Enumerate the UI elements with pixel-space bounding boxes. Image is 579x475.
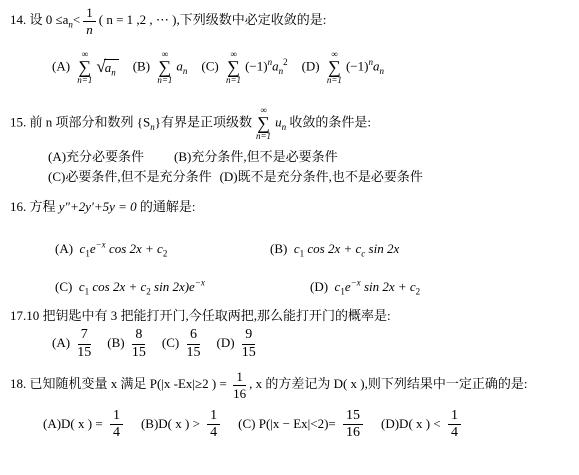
summation-symbol: ∞∑n=1 [77, 50, 92, 85]
q17-option-c: (C) 615 [162, 328, 205, 360]
fraction-denominator: n [86, 22, 93, 37]
q15-option-c: (C)必要条件,但不是充分条件 [48, 169, 212, 185]
q15-options-row-2: (C)必要条件,但不是充分条件 (D)既不是充分条件,也不是必要条件 [48, 169, 575, 185]
option-label: (B) [270, 241, 294, 256]
q14-option-b: (B) ∞∑n=1an [133, 50, 188, 85]
term-a-subscript: n [279, 66, 284, 76]
fraction-denominator: 15 [186, 345, 200, 361]
fraction-denominator: 15 [242, 345, 256, 361]
term-a-subscript: n [111, 68, 116, 78]
expression: sin 2x)e [151, 279, 195, 294]
sigma-symbol: ∑ [158, 59, 171, 76]
option-label: (D) [216, 335, 237, 350]
fraction-numerator: 1 [83, 6, 96, 22]
q15-number: 15. [10, 115, 26, 130]
q14-option-c: (C) ∞∑n=1(−1)nan2 [201, 50, 287, 85]
question-16: 16. 方程 y″+2y′+5y = 0 的通解是: (A) c1e−x cos… [10, 199, 575, 296]
q15-stem: 15. 前 n 项部分和数列 {Sn}有界是正项级数∞∑n=1un 收敛的条件是… [10, 106, 575, 141]
q16-option-b: (B) c1 cos 2x + cc sin 2x [270, 241, 399, 257]
q16-option-c: (C) c1 cos 2x + c2 sin 2x)e−x [55, 279, 310, 295]
expression: cos 2x + c [106, 241, 163, 256]
q18-stem: 18. 已知随机变量 x 满足 P(|x -Ex|≥2 ) = 116, x 的… [10, 370, 575, 400]
option-label: (C) P(|x − Ex|<2)= [238, 416, 339, 431]
q18-text-post: , x 的方差记为 D( x ),则下列结果中一定正确的是: [249, 376, 527, 391]
fraction-7-over-15: 715 [77, 328, 91, 360]
coef-subscript: 2 [163, 249, 168, 259]
fraction-numerator: 6 [187, 328, 200, 345]
sum-lower-limit: n=1 [327, 76, 342, 85]
q17-stem: 17.10 把钥匙中有 3 把能打开门,今任取两把,那么能打开门的概率是: [10, 308, 575, 324]
exp-power: −x [195, 278, 205, 288]
q14-less-than: < [73, 12, 80, 27]
q16-option-d: (D) c1e−x sin 2x + c2 [310, 279, 420, 295]
question-14: 14. 设 0 ≤an<1n( n = 1 ,2 , ⋯ ),下列级数中必定收敛… [10, 6, 575, 90]
exam-document-page: 14. 设 0 ≤an<1n( n = 1 ,2 , ⋯ ),下列级数中必定收敛… [0, 0, 579, 475]
q14-option-d: (D) ∞∑n=1(−1)nan [302, 50, 384, 85]
fraction-1-over-4: 14 [448, 409, 461, 441]
question-17: 17.10 把钥匙中有 3 把能打开门,今任取两把,那么能打开门的概率是: (A… [10, 308, 575, 361]
q16-text-pre: 方程 [26, 199, 59, 214]
option-label: (C) [201, 58, 222, 73]
alternating-factor: (−1) [346, 58, 369, 73]
option-label: (B) [133, 58, 154, 73]
fraction-1-over-4: 14 [110, 409, 123, 441]
q16-number: 16. [10, 199, 26, 214]
q18-option-b: (B)D( x ) > 14 [141, 409, 224, 441]
q16-options-row-2: (C) c1 cos 2x + c2 sin 2x)e−x (D) c1e−x … [55, 279, 575, 295]
sigma-symbol: ∑ [227, 59, 240, 76]
fraction-15-over-16: 1516 [343, 409, 363, 441]
q17-options-row: (A) 715 (B) 815 (C) 615 (D) 915 [52, 328, 575, 360]
option-label: (A) [52, 58, 73, 73]
q17-option-d: (D) 915 [216, 328, 259, 360]
summation-symbol: ∞∑n=1 [157, 50, 172, 85]
fraction-denominator: 15 [132, 345, 146, 361]
fraction-numerator: 15 [343, 409, 363, 426]
q17-option-b: (B) 815 [107, 328, 150, 360]
q14-text-post: ( n = 1 ,2 , ⋯ ),下列级数中必定收敛的是: [99, 12, 327, 27]
square-root: √an [96, 58, 118, 76]
q16-option-a: (A) c1e−x cos 2x + c2 [55, 241, 270, 257]
fraction-denominator: 15 [77, 345, 91, 361]
fraction-8-over-15: 815 [132, 328, 146, 360]
q17-text: 10 把钥匙中有 3 把能打开门,今任取两把,那么能打开门的概率是: [26, 308, 390, 323]
q14-option-a: (A) ∞∑n=1√an [52, 50, 119, 85]
exp-power: −x [351, 278, 361, 288]
fraction-denominator: 4 [451, 425, 458, 441]
fraction-numerator: 1 [233, 370, 246, 386]
sigma-symbol: ∑ [328, 59, 341, 76]
fraction-6-over-15: 615 [186, 328, 200, 360]
expression: cos 2x + c [304, 241, 361, 256]
fraction-denominator: 16 [346, 425, 360, 441]
option-label: (D) [302, 58, 323, 73]
q18-option-a: (A)D( x ) = 14 [43, 409, 127, 441]
fraction-numerator: 9 [242, 328, 255, 345]
q18-options-row: (A)D( x ) = 14 (B)D( x ) > 14 (C) P(|x −… [43, 409, 575, 441]
option-label: (D)D( x ) < [381, 416, 444, 431]
term-a-subscript: n [183, 66, 188, 76]
option-label: (A) [52, 335, 73, 350]
option-label: (A) [55, 241, 80, 256]
fraction-1-over-16: 116 [233, 370, 246, 400]
fraction-denominator: 4 [210, 425, 217, 441]
differential-equation: y″+2y′+5y = 0 [59, 199, 137, 214]
sum-lower-limit: n=1 [256, 132, 271, 141]
fraction-9-over-15: 915 [242, 328, 256, 360]
q14-text-pre: 设 0 ≤a [26, 12, 68, 27]
fraction-denominator: 4 [113, 425, 120, 441]
alternating-factor: (−1) [245, 58, 268, 73]
sqrt-radicand: an [104, 59, 119, 76]
q17-option-a: (A) 715 [52, 328, 95, 360]
fraction-denominator: 16 [233, 386, 246, 401]
q14-options-row: (A) ∞∑n=1√an (B) ∞∑n=1an (C) ∞∑n=1(−1)na… [52, 44, 575, 90]
option-label: (C) [162, 335, 183, 350]
summation-symbol: ∞∑n=1 [226, 50, 241, 85]
option-label: (C) [55, 279, 79, 294]
expression: sin 2x + c [361, 279, 416, 294]
coef-subscript: 2 [416, 287, 421, 297]
term-a-subscript: n [379, 66, 384, 76]
exp-power: −x [96, 240, 106, 250]
q14-stem: 14. 设 0 ≤an<1n( n = 1 ,2 , ⋯ ),下列级数中必定收敛… [10, 6, 575, 36]
fraction-1-over-4: 14 [207, 409, 220, 441]
option-label: (B)D( x ) > [141, 416, 203, 431]
q15-option-a: (A)充分必要条件 [48, 149, 144, 165]
summation-symbol: ∞∑n=1 [327, 50, 342, 85]
q18-number: 18. [10, 376, 26, 391]
q15-text-mid: }有界是正项级数 [155, 115, 252, 130]
sum-lower-limit: n=1 [226, 76, 241, 85]
q15-text-pre: 前 n 项部分和数列 {S [26, 115, 150, 130]
summation-symbol: ∞∑n=1 [256, 106, 271, 141]
option-label: (D) [310, 279, 335, 294]
q14-number: 14. [10, 12, 26, 27]
question-15: 15. 前 n 项部分和数列 {Sn}有界是正项级数∞∑n=1un 收敛的条件是… [10, 106, 575, 185]
q18-option-c: (C) P(|x − Ex|<2)= 1516 [238, 409, 367, 441]
q15-text-post: 收敛的条件是: [286, 115, 371, 130]
q15-option-b: (B)充分条件,但不是必要条件 [174, 149, 338, 165]
fraction-numerator: 8 [132, 328, 145, 345]
expression: cos 2x + c [89, 279, 146, 294]
fraction-numerator: 7 [78, 328, 91, 345]
q16-text-post: 的通解是: [137, 199, 196, 214]
q18-text-pre: 已知随机变量 x 满足 P(|x -Ex|≥2 ) = [26, 376, 230, 391]
expression: sin 2x [365, 241, 399, 256]
q15-options-row-1: (A)充分必要条件 (B)充分条件,但不是必要条件 [48, 149, 575, 165]
fraction-numerator: 1 [448, 409, 461, 426]
q18-option-d: (D)D( x ) < 14 [381, 409, 465, 441]
option-label: (A)D( x ) = [43, 416, 106, 431]
sigma-symbol: ∑ [257, 115, 270, 132]
sum-lower-limit: n=1 [77, 76, 92, 85]
question-18: 18. 已知随机变量 x 满足 P(|x -Ex|≥2 ) = 116, x 的… [10, 370, 575, 441]
q16-options-row-1: (A) c1e−x cos 2x + c2 (B) c1 cos 2x + cc… [55, 241, 575, 257]
sigma-symbol: ∑ [78, 59, 91, 76]
q15-option-d: (D)既不是充分条件,也不是必要条件 [220, 169, 423, 185]
q16-stem: 16. 方程 y″+2y′+5y = 0 的通解是: [10, 199, 575, 215]
fraction-1-over-n: 1n [83, 6, 96, 36]
option-label: (B) [107, 335, 128, 350]
fraction-numerator: 1 [110, 409, 123, 426]
sum-lower-limit: n=1 [157, 76, 172, 85]
q17-number: 17. [10, 308, 26, 323]
exponent-2: 2 [283, 57, 288, 67]
fraction-numerator: 1 [207, 409, 220, 426]
